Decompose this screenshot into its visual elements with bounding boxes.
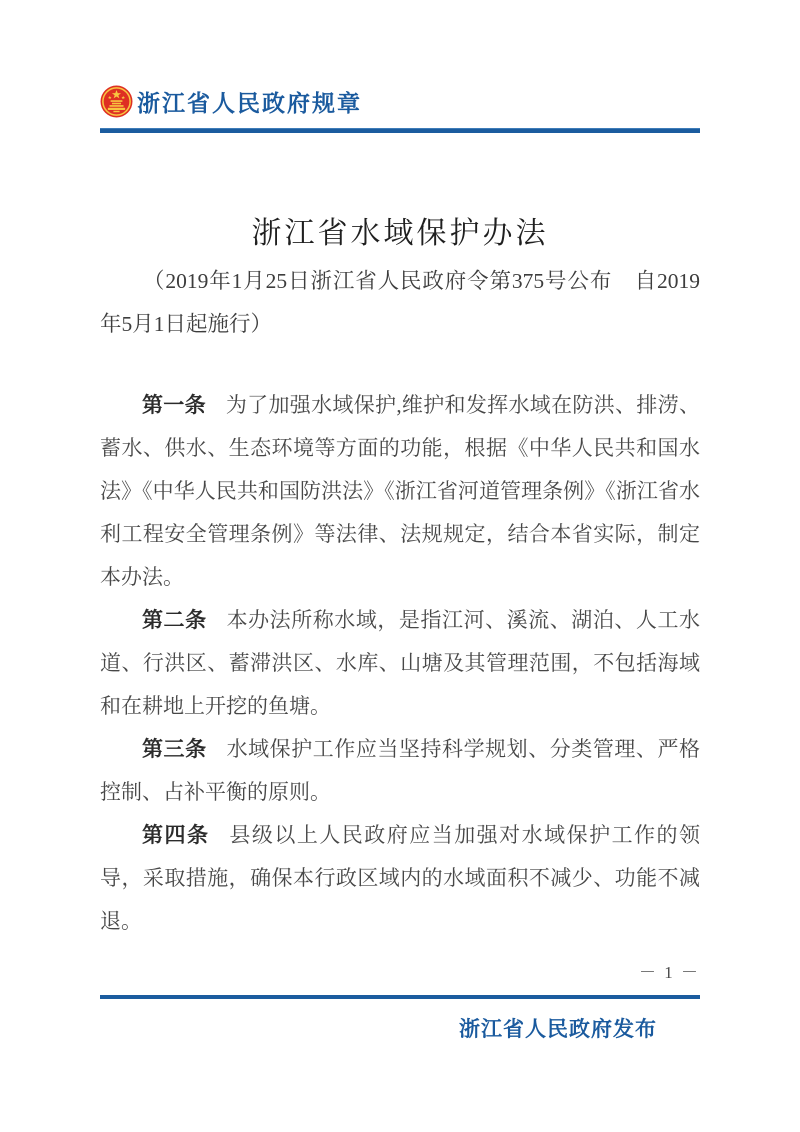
document-header: 浙江省人民政府规章 bbox=[100, 85, 700, 118]
article-1: 第一条为了加强水域保护,维护和发挥水域在防洪、排涝、蓄水、供水、生态环境等方面的… bbox=[100, 384, 700, 599]
footer-publisher: 浙江省人民政府发布 bbox=[459, 1013, 657, 1043]
header-divider-line bbox=[100, 128, 700, 133]
article-1-text: 为了加强水域保护,维护和发挥水域在防洪、排涝、蓄水、供水、生态环境等方面的功能，… bbox=[100, 393, 700, 589]
article-2: 第二条本办法所称水域，是指江河、溪流、湖泊、人工水道、行洪区、蓄滞洪区、水库、山… bbox=[100, 599, 700, 728]
article-3: 第三条水域保护工作应当坚持科学规划、分类管理、严格控制、占补平衡的原则。 bbox=[100, 728, 700, 814]
national-emblem-icon bbox=[100, 85, 133, 118]
document-title: 浙江省水域保护办法 bbox=[100, 214, 700, 254]
article-4: 第四条县级以上人民政府应当加强对水域保护工作的领导，采取措施，确保本行政区域内的… bbox=[100, 814, 700, 943]
article-1-number: 第一条 bbox=[142, 393, 206, 417]
document-content: 浙江省水域保护办法 （2019年1月25日浙江省人民政府令第375号公布 自20… bbox=[100, 214, 700, 943]
document-page: 浙江省人民政府规章 浙江省水域保护办法 （2019年1月25日浙江省人民政府令第… bbox=[0, 0, 800, 1132]
page-number: － 1 － bbox=[100, 958, 700, 983]
promulgation-note: （2019年1月25日浙江省人民政府令第375号公布 自2019年5月1日起施行… bbox=[100, 260, 700, 346]
article-3-number: 第三条 bbox=[142, 737, 207, 761]
header-site-title: 浙江省人民政府规章 bbox=[137, 85, 362, 118]
article-4-number: 第四条 bbox=[142, 823, 209, 847]
footer-divider-line bbox=[100, 995, 700, 999]
article-2-number: 第二条 bbox=[142, 608, 207, 632]
